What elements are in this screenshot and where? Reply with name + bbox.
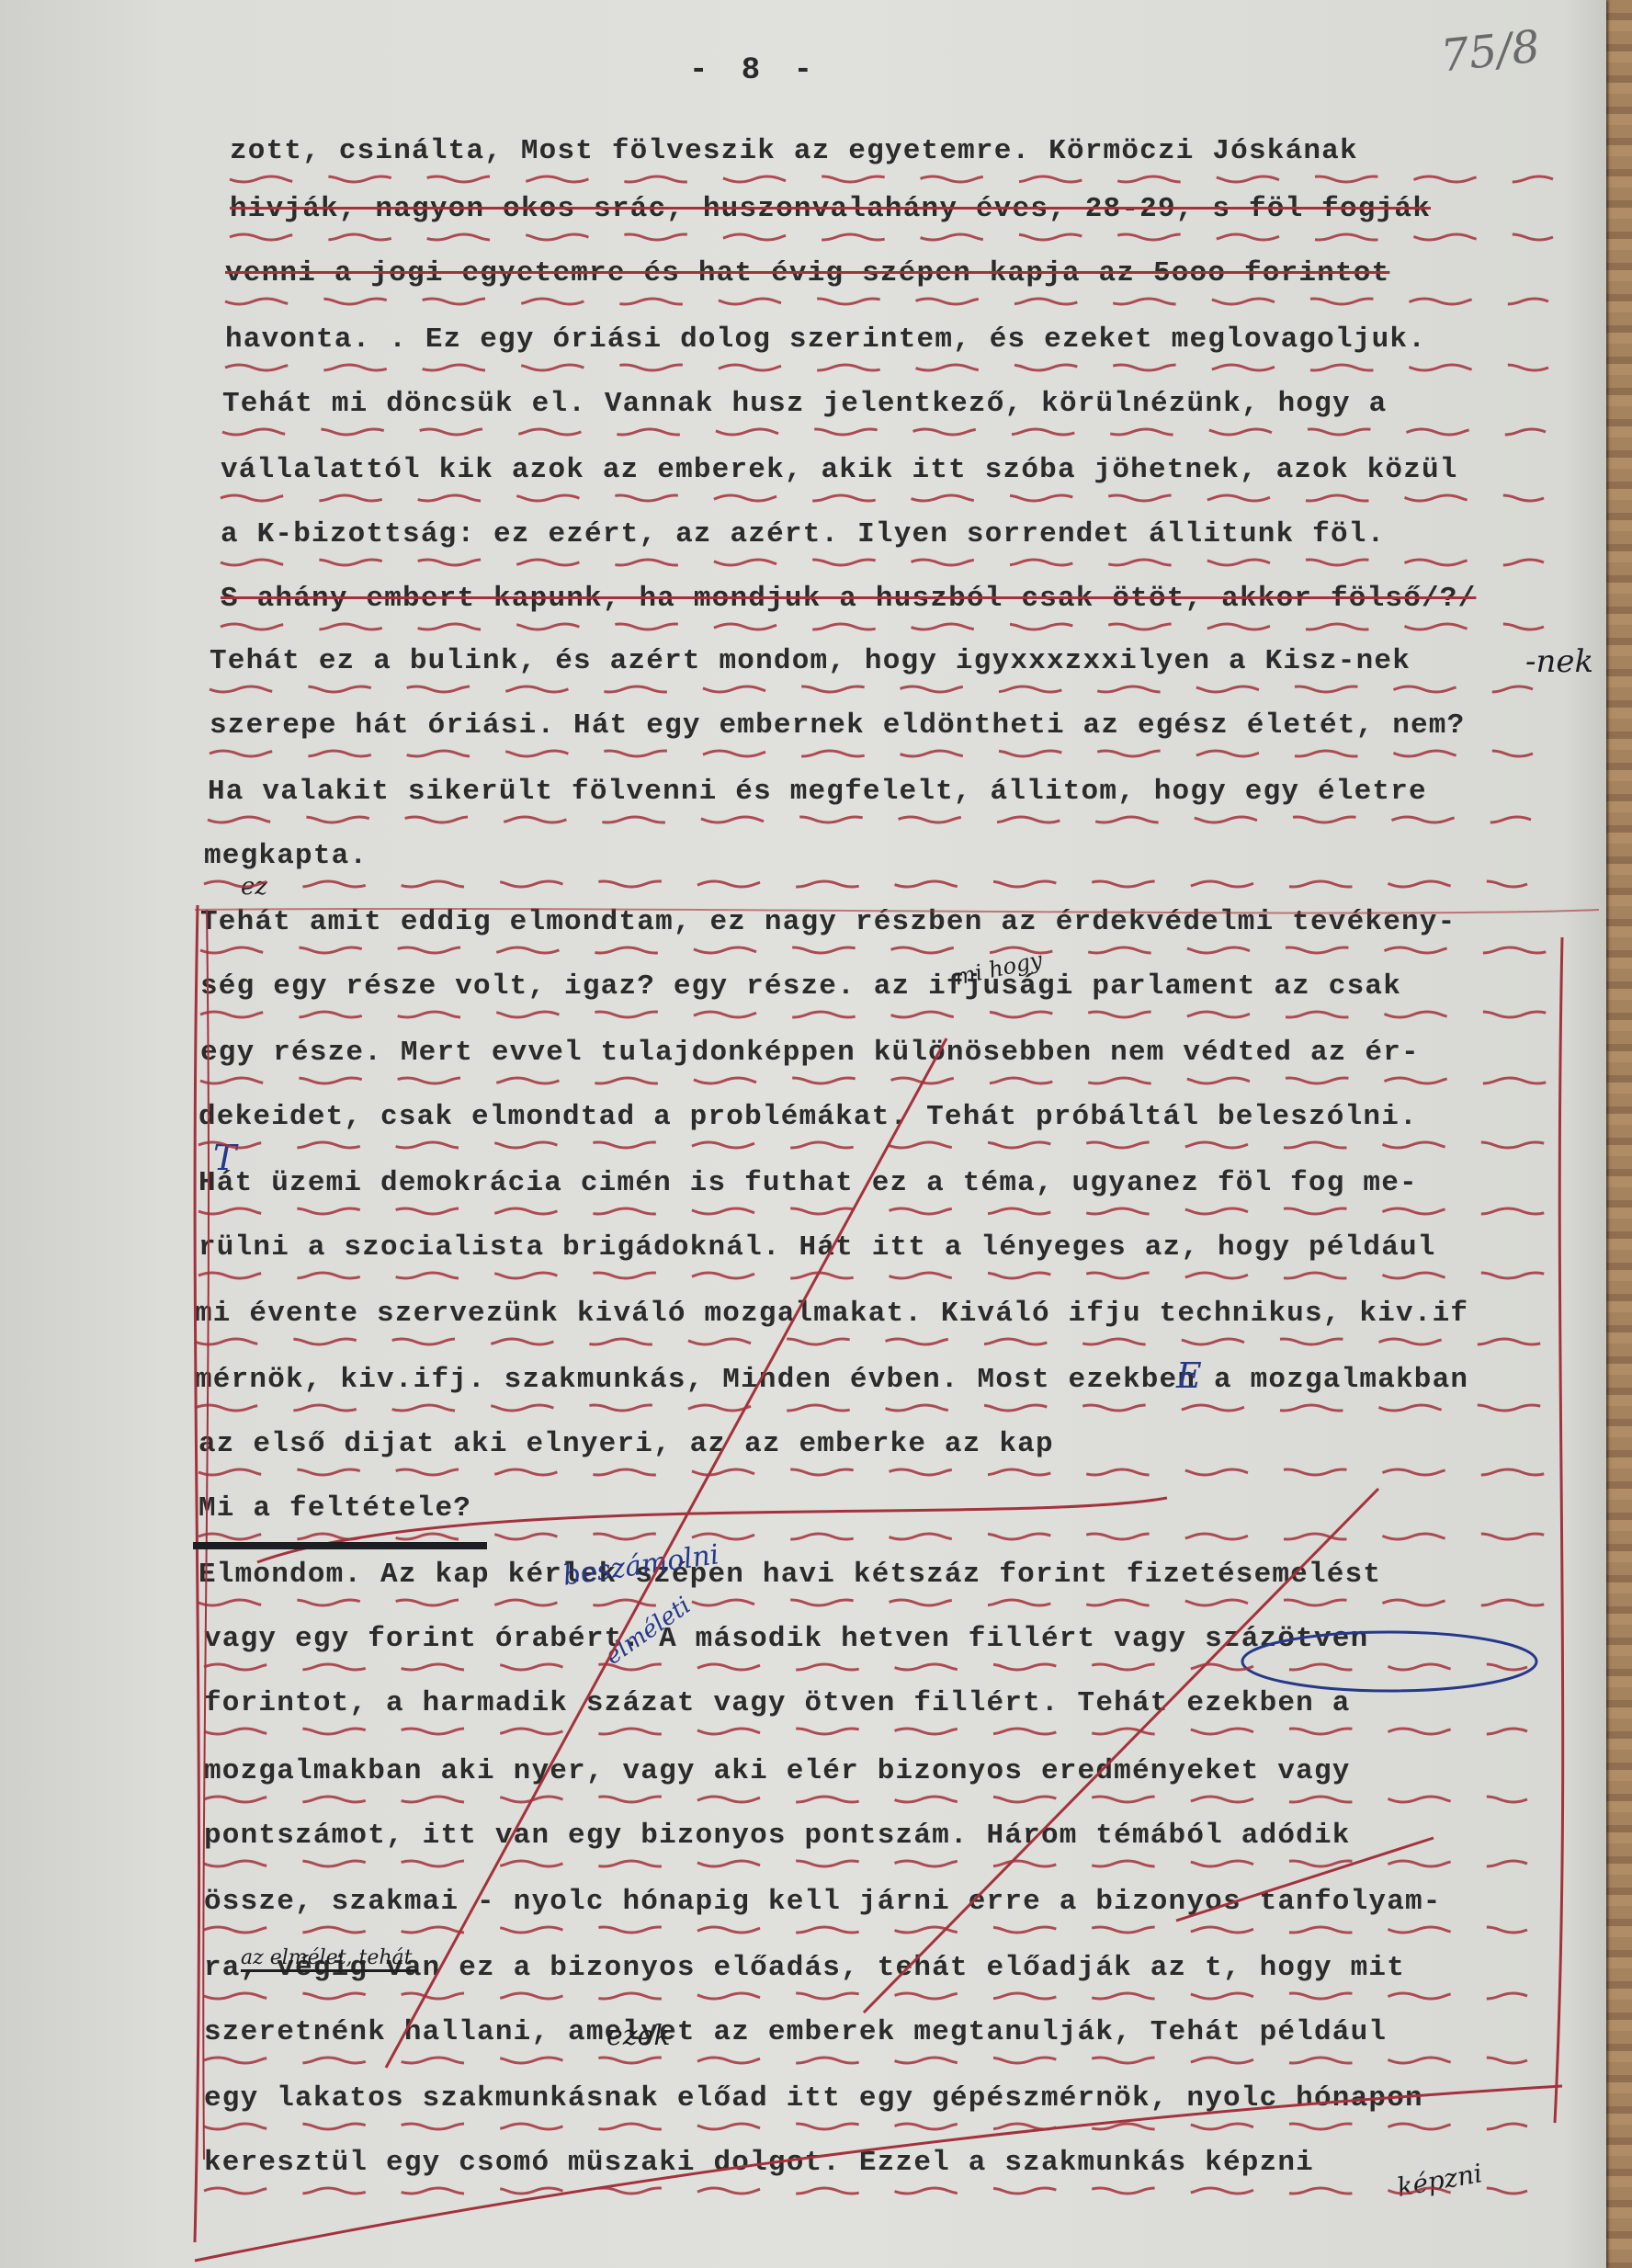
editor-markup xyxy=(0,0,1606,2268)
typewritten-page: - 8 - 75/8 zott, csinálta, Most fölveszi… xyxy=(0,0,1606,2268)
desk-background xyxy=(1606,0,1632,2268)
